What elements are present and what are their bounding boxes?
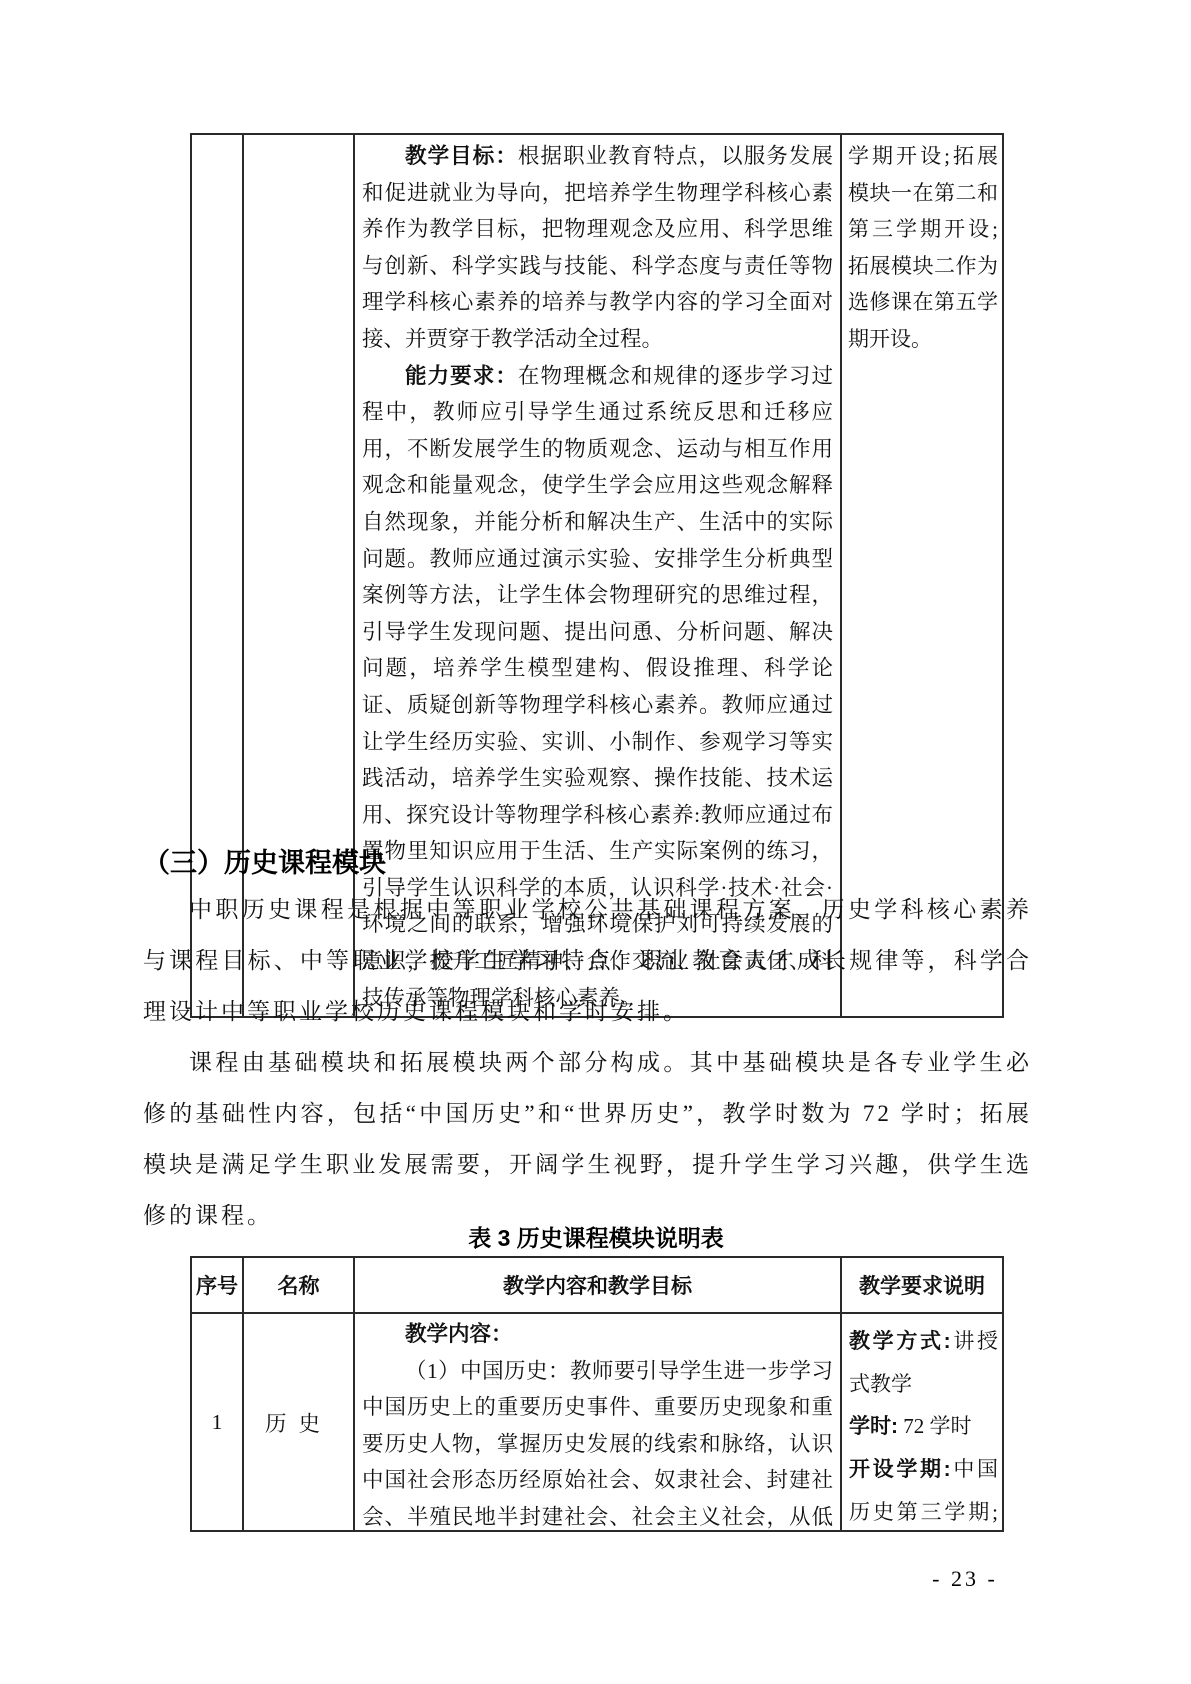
class-hours-value: 72 学时: [898, 1414, 972, 1438]
history-table-title: 表 3 历史课程模块说明表: [190, 1220, 1002, 1253]
china-history-paragraph: （1）中国历史：教师要引导学生进一步学习中国历史上的重要历史事件、重要历史现象和…: [362, 1353, 833, 1530]
paragraph-intro: 中职历史课程是根据中等职业学校公共基础课程方案、历史学科核心素养与课程目标、中等…: [143, 884, 1032, 1037]
document-page: 教学目标：根据职业教育特点，以服务发展和促进就业为导向，把培养学生物理学科核心素…: [0, 0, 1191, 1684]
paragraph-modules: 课程由基础模块和拓展模块两个部分构成。其中基础模块是各专业学生必修的基础性内容，…: [143, 1037, 1032, 1241]
col-header-name: 名称: [243, 1257, 354, 1313]
name-cell: 历史: [243, 1313, 354, 1531]
teaching-goal-paragraph: 教学目标：根据职业教育特点，以服务发展和促进就业为导向，把培养学生物理学科核心素…: [362, 138, 833, 358]
class-hours-line: 学时: 72 学时: [849, 1405, 998, 1448]
header-row: 序号 名称 教学内容和教学目标 教学要求说明: [191, 1257, 1003, 1313]
content-cell-history-text: 教学内容： （1）中国历史：教师要引导学生进一步学习中国历史上的重要历史事件、重…: [355, 1314, 840, 1530]
content-cell-history: 教学内容： （1）中国历史：教师要引导学生进一步学习中国历史上的重要历史事件、重…: [354, 1313, 841, 1531]
ability-requirement-label: 能力要求：: [405, 364, 518, 388]
history-module-table: 序号 名称 教学内容和教学目标 教学要求说明 1 历史 教学内容： （1）中国历…: [190, 1256, 1004, 1532]
teaching-method-label: 教学方式:: [849, 1330, 951, 1353]
teaching-content-label: 教学内容：: [405, 1322, 513, 1346]
content-label-line: 教学内容：: [362, 1316, 833, 1353]
table-row-history: 1 历史 教学内容： （1）中国历史：教师要引导学生进一步学习中国历史上的重要历…: [191, 1313, 1003, 1531]
semester-line: 开设学期:中国历史第三学期;世界: [849, 1448, 998, 1530]
semester-label: 开设学期:: [849, 1458, 951, 1481]
teaching-goal-label: 教学目标：: [405, 144, 518, 168]
col-header-index: 序号: [191, 1257, 243, 1313]
teaching-goal-text: 根据职业教育特点，以服务发展和促进就业为导向，把培养学生物理学科核心素养作为教学…: [362, 144, 833, 351]
page-number: - 23 -: [905, 1566, 1025, 1592]
requirement-cell-history-text: 教学方式:讲授式教学 学时: 72 学时 开设学期:中国历史第三学期;世界: [842, 1314, 1002, 1530]
index-cell: 1: [191, 1313, 243, 1531]
requirement-cell-history: 教学方式:讲授式教学 学时: 72 学时 开设学期:中国历史第三学期;世界: [841, 1313, 1003, 1531]
section-paragraphs: 中职历史课程是根据中等职业学校公共基础课程方案、历史学科核心素养与课程目标、中等…: [143, 884, 1032, 1241]
section-heading: （三）历史课程模块: [143, 841, 386, 880]
class-hours-label: 学时:: [849, 1415, 898, 1438]
col-header-content: 教学内容和教学目标: [354, 1257, 841, 1313]
teaching-method-line: 教学方式:讲授式教学: [849, 1320, 998, 1405]
col-header-requirement: 教学要求说明: [841, 1257, 1003, 1313]
requirement-text: 学期开设;拓展模块一在第二和第三学期开设;拓展模块二作为选修课在第五学期开设。: [842, 135, 1002, 358]
